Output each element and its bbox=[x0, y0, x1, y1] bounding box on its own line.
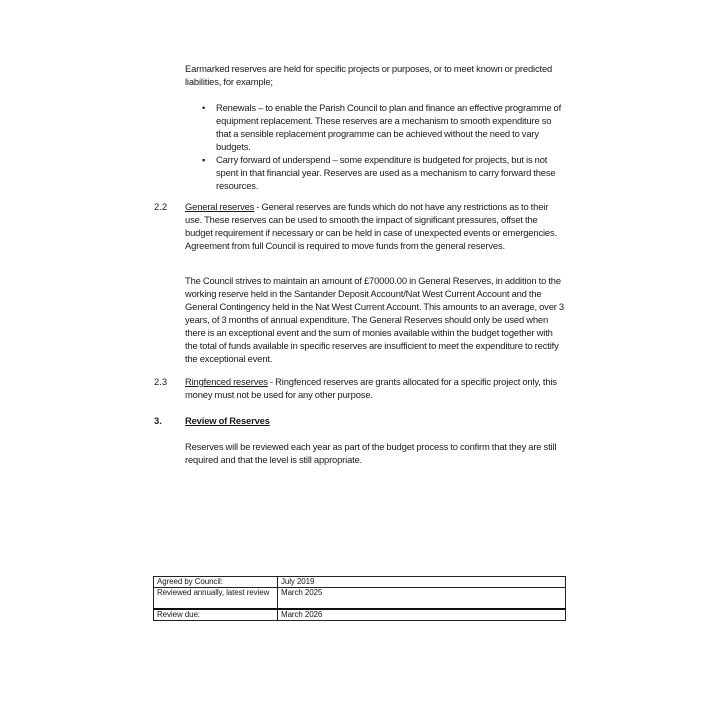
table-cell-label: Reviewed annually, latest review bbox=[154, 588, 278, 610]
section-number-2-3: 2.3 bbox=[154, 375, 167, 388]
section-2-3-heading: Ringfenced reserves bbox=[185, 376, 268, 387]
bullet-icon: ▪ bbox=[202, 153, 205, 166]
earmarked-examples-list: • Renewals – to enable the Parish Counci… bbox=[185, 101, 567, 192]
bullet-icon: • bbox=[202, 101, 205, 114]
review-dates-table: Agreed by Council: July 2019 Reviewed an… bbox=[153, 576, 566, 621]
table-row: Reviewed annually, latest review March 2… bbox=[154, 588, 566, 610]
section-3-heading: Review of Reserves bbox=[185, 414, 567, 427]
bullet-text: Renewals – to enable the Parish Council … bbox=[216, 102, 561, 152]
section-number-2-2: 2.2 bbox=[154, 200, 167, 213]
table-row: Review due: March 2026 bbox=[154, 609, 566, 621]
section-number-3: 3. bbox=[154, 414, 162, 427]
table-cell-label: Review due: bbox=[154, 609, 278, 621]
section-3-text: Reserves will be reviewed each year as p… bbox=[185, 441, 556, 465]
table-cell-value: March 2025 bbox=[278, 588, 566, 610]
earmarked-intro-text: Earmarked reserves are held for specific… bbox=[185, 63, 552, 87]
section-2-2-paragraph: General reserves - General reserves are … bbox=[185, 200, 567, 252]
table-cell-label: Agreed by Council: bbox=[154, 577, 278, 588]
list-item: ▪ Carry forward of underspend – some exp… bbox=[185, 153, 567, 192]
bullet-text: Carry forward of underspend – some expen… bbox=[216, 154, 555, 191]
table-cell-value: July 2019 bbox=[278, 577, 566, 588]
table-row: Agreed by Council: July 2019 bbox=[154, 577, 566, 588]
general-reserves-amount-paragraph: The Council strives to maintain an amoun… bbox=[185, 274, 567, 365]
section-2-2-heading: General reserves bbox=[185, 201, 254, 212]
list-item: • Renewals – to enable the Parish Counci… bbox=[185, 101, 567, 153]
section-2-2-separator: - bbox=[254, 201, 261, 212]
table-cell-value: March 2026 bbox=[278, 609, 566, 621]
general-reserves-amount-text: The Council strives to maintain an amoun… bbox=[185, 275, 564, 364]
section-2-3-paragraph: Ringfenced reserves - Ringfenced reserve… bbox=[185, 375, 567, 401]
earmarked-intro: Earmarked reserves are held for specific… bbox=[185, 62, 567, 88]
section-3-paragraph: Reserves will be reviewed each year as p… bbox=[185, 440, 567, 466]
document-page: Earmarked reserves are held for specific… bbox=[0, 0, 720, 720]
